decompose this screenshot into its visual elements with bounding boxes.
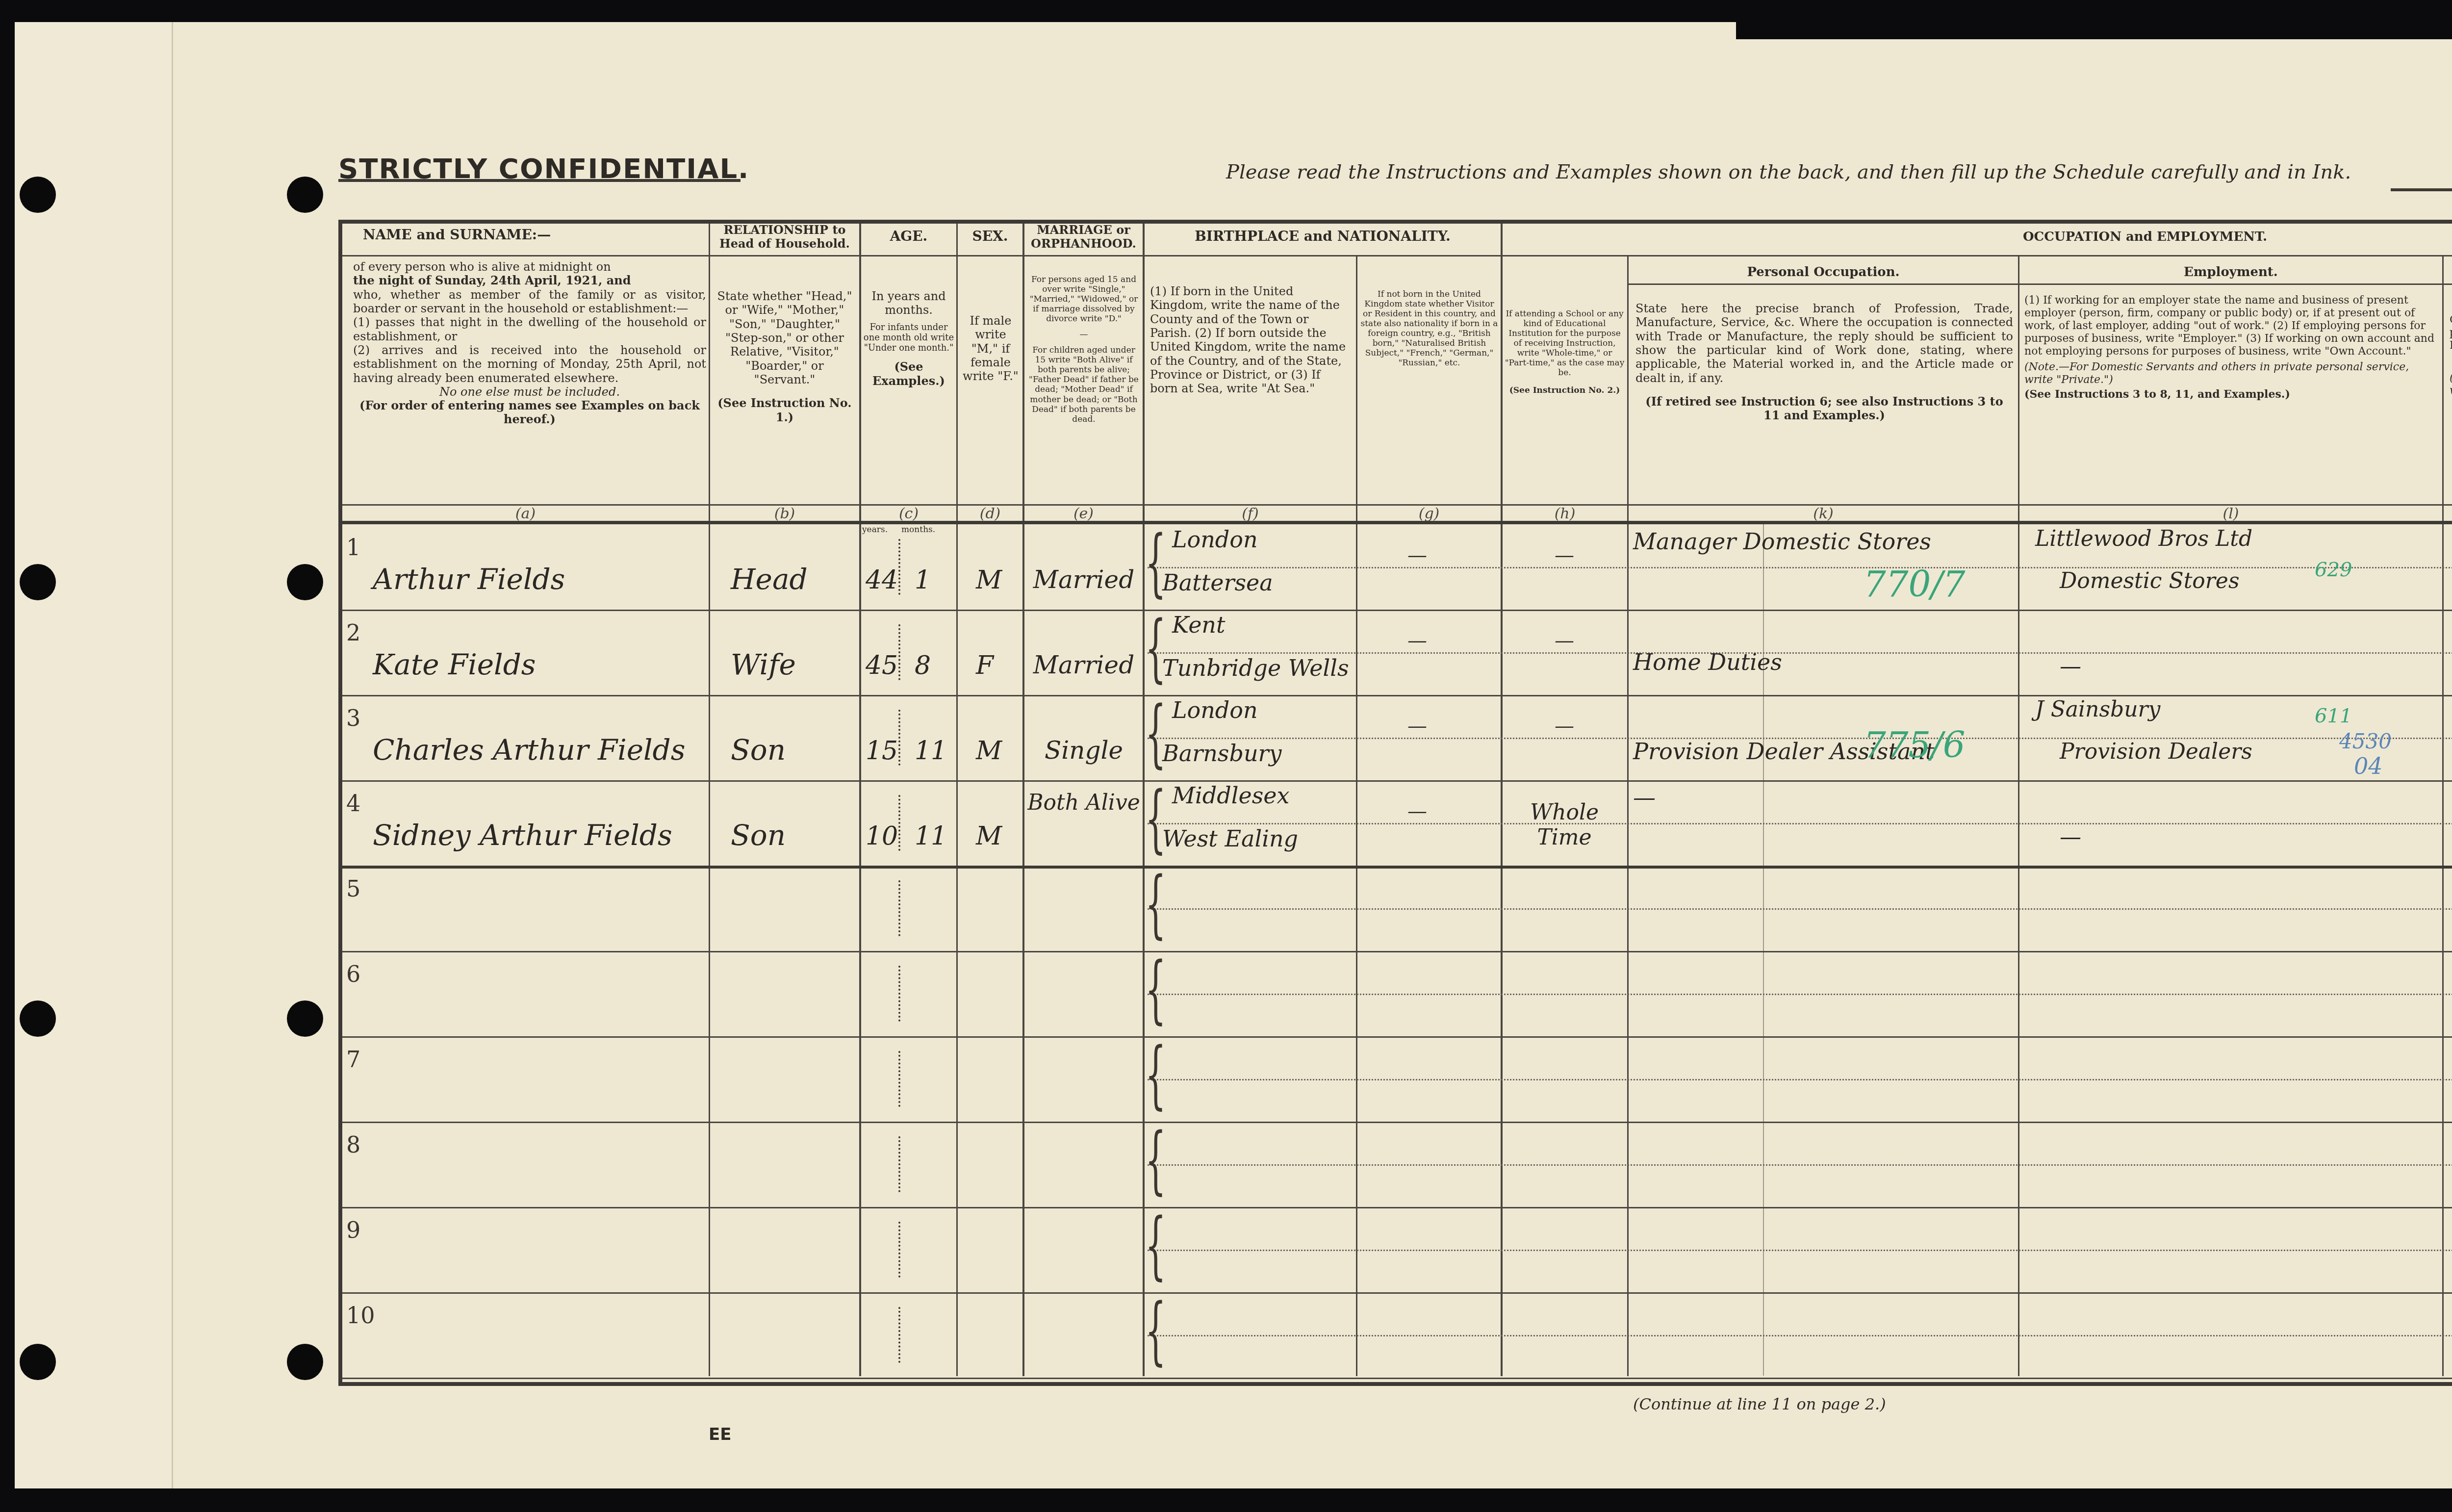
row-midline: [1148, 1164, 2452, 1166]
row-midline: [1148, 652, 2452, 654]
col-divider: [1501, 224, 1503, 1376]
personal-occupation: Manager Domestic Stores: [1633, 528, 1931, 555]
sex-value: M: [976, 821, 1002, 851]
occupation-code: 775/6: [1864, 724, 1966, 766]
person-name: Sidney Arthur Fields: [373, 819, 672, 852]
nationality-value: —: [1407, 544, 1427, 566]
brace-icon: {: [1145, 953, 1166, 1026]
header-line: [342, 255, 2452, 256]
employer-business: Domestic Stores: [2060, 568, 2239, 593]
punch-hole: [287, 564, 323, 600]
age-divider: [898, 795, 900, 851]
col-letter-g: (g): [1357, 505, 1501, 522]
birthplace-g-instructions: If not born in the United Kingdom state …: [1359, 289, 1499, 368]
col-divider: [859, 224, 861, 1376]
left-fold-flap: [15, 22, 173, 1488]
row-midline: [1148, 1335, 2452, 1336]
header-line: [1627, 283, 2452, 285]
relationship-value: Head: [731, 563, 808, 596]
birthplace-county: London: [1172, 697, 1258, 723]
nationality-value: —: [1407, 629, 1427, 652]
row-separator: [342, 695, 2452, 696]
employment-instructions: (1) If working for an employer state the…: [2024, 294, 2436, 401]
person-name: Kate Fields: [373, 648, 536, 681]
title-underline: [338, 179, 741, 182]
row-midline: [1148, 1079, 2452, 1080]
col-divider: [1143, 224, 1145, 1376]
punch-hole: [287, 177, 323, 213]
age-divider: [898, 880, 900, 936]
age-years-value: 10: [866, 821, 898, 851]
employer-name: J Sainsbury: [2035, 697, 2160, 722]
school-attendance: —: [1515, 544, 1613, 566]
school-instructions: If attending a School or any kind of Edu…: [1505, 309, 1625, 395]
row-separator: [342, 1207, 2452, 1208]
row-number: 3: [346, 705, 360, 731]
birthplace-county: London: [1172, 526, 1258, 553]
birthplace-town: Battersea: [1162, 569, 1273, 596]
row-number: 9: [346, 1217, 360, 1243]
col-letter-k: (k): [1629, 505, 2018, 522]
age-months-value: 11: [915, 821, 947, 851]
row-separator: [342, 780, 2452, 782]
punch-hole: [287, 1000, 323, 1037]
row-separator: [342, 1378, 2452, 1379]
age-months-value: 8: [915, 651, 931, 680]
form-code: EE: [709, 1425, 731, 1444]
col-header-personal-occupation: Personal Occupation.: [1629, 265, 2018, 280]
row-number: 1: [346, 534, 360, 561]
relationship-value: Wife: [731, 648, 796, 681]
age-divider: [898, 1307, 900, 1363]
personal-occupation-instructions: State here the precise branch of Profess…: [1635, 302, 2013, 423]
birthplace-town: West Ealing: [1162, 825, 1298, 852]
row-midline: [1148, 1250, 2452, 1251]
col-letter-f: (f): [1145, 505, 1356, 522]
col-letter-d: (d): [958, 505, 1022, 522]
age-divider: [898, 539, 900, 595]
row-separator: [342, 1122, 2452, 1123]
page-bottom-shadow: [15, 1488, 2452, 1512]
age-years-value: 45: [866, 651, 898, 680]
name-instructions: of every person who is alive at midnight…: [353, 260, 706, 427]
col-letter-a: (a): [342, 505, 709, 522]
row-separator: [342, 610, 2452, 611]
brace-icon: {: [1145, 1294, 1166, 1368]
marriage-value: Married: [1027, 651, 1140, 679]
relationship-value: Son: [731, 819, 786, 852]
marriage-value: Both Alive: [1027, 790, 1140, 815]
ink-underline: [2391, 188, 2452, 191]
employer-name: Littlewood Bros Ltd: [2035, 526, 2252, 551]
row-midline: [1148, 567, 2452, 568]
col-header-marriage: MARRIAGE or ORPHANHOOD.: [1024, 223, 1143, 251]
col-header-occupation: OCCUPATION and EMPLOYMENT.: [1503, 230, 2452, 245]
punch-hole: [20, 564, 56, 600]
row-separator: [342, 866, 2452, 869]
age-sub-months: months.: [901, 525, 935, 535]
birthplace-town: Tunbridge Wells: [1162, 655, 1349, 681]
col-letter-m: (m): [2444, 505, 2452, 522]
personal-occupation: —: [1633, 784, 1656, 811]
row-number: 8: [346, 1131, 360, 1158]
employer-business: —: [2060, 654, 2081, 679]
row-separator: [342, 1292, 2452, 1294]
row-number: 4: [346, 790, 360, 817]
row-midline: [1148, 994, 2452, 995]
sex-value: M: [976, 736, 1002, 766]
employer-code: 629: [2315, 559, 2352, 581]
marriage-value: Married: [1027, 565, 1140, 594]
brace-icon: {: [1145, 1038, 1166, 1112]
age-years-value: 44: [866, 565, 898, 595]
page-top-shadow: [1736, 20, 2452, 39]
row-separator: [342, 951, 2452, 952]
sex-value: M: [976, 565, 1002, 595]
punch-hole: [20, 1000, 56, 1037]
row-number: 6: [346, 961, 360, 987]
row-midline: [1148, 823, 2452, 824]
employer-business: —: [2060, 824, 2081, 849]
marriage-instructions: For persons aged 15 and over write "Sing…: [1026, 275, 1142, 424]
relationship-value: Son: [731, 733, 786, 767]
age-months-value: 11: [915, 736, 947, 766]
brace-icon: {: [1145, 1209, 1166, 1282]
sex-instructions: If male write "M," if female write "F.": [960, 314, 1021, 384]
age-divider: [898, 1222, 900, 1278]
col-letter-b: (b): [710, 505, 859, 522]
school-attendance: —: [1515, 715, 1613, 737]
birthplace-county: Kent: [1172, 612, 1225, 638]
birthplace-town: Barnsbury: [1162, 740, 1282, 767]
row-number: 10: [346, 1302, 375, 1329]
age-divider: [898, 710, 900, 766]
col-letter-c: (c): [861, 505, 956, 522]
punch-hole: [20, 177, 56, 213]
age-years-value: 15: [866, 736, 898, 766]
employer-code-blue: 4530: [2339, 729, 2392, 753]
school-attendance: Whole Time: [1515, 800, 1613, 850]
school-attendance: —: [1515, 629, 1613, 652]
personal-occupation: Home Duties: [1633, 649, 1782, 675]
birthplace-f-instructions: (1) If born in the United Kingdom, write…: [1150, 284, 1351, 396]
birthplace-county: Middlesex: [1172, 782, 1289, 809]
nationality-value: —: [1407, 715, 1427, 737]
sex-value: F: [976, 651, 994, 680]
col-header-employment: Employment.: [2019, 265, 2442, 280]
row-number: 2: [346, 619, 360, 646]
col-header-birthplace: BIRTHPLACE and NATIONALITY.: [1145, 228, 1501, 244]
col-letter-h: (h): [1503, 505, 1627, 522]
punch-hole: [20, 1344, 56, 1380]
employer-business: Provision Dealers: [2060, 739, 2252, 764]
age-divider: [898, 1051, 900, 1107]
age-divider: [898, 1136, 900, 1192]
col-divider: [956, 224, 958, 1376]
employer-code-blue-suffix: 04: [2354, 753, 2383, 779]
col-header-name: NAME and SURNAME:—: [363, 227, 551, 243]
col-letter-e: (e): [1024, 505, 1143, 522]
age-divider: [898, 624, 900, 680]
marriage-value: Single: [1027, 736, 1140, 765]
age-instructions: In years and months. For infants under o…: [863, 289, 954, 388]
place-of-work-instructions: Give the address of each person's place …: [2450, 314, 2452, 397]
col-header-age: AGE.: [861, 228, 956, 244]
age-sub-years: years.: [862, 525, 888, 535]
person-name: Arthur Fields: [373, 563, 565, 596]
col-divider: [1022, 224, 1024, 1376]
row-midline: [1148, 908, 2452, 910]
age-months-value: 1: [915, 565, 931, 595]
row-number: 5: [346, 875, 360, 902]
nationality-value: —: [1407, 800, 1427, 822]
col-header-place-of-work: Place of Work.: [2444, 265, 2452, 280]
row-separator: [342, 1036, 2452, 1038]
continue-note: (Continue at line 11 on page 2.): [1633, 1395, 1886, 1414]
age-divider: [898, 966, 900, 1022]
col-letter-l: (l): [2019, 505, 2442, 522]
person-name: Charles Arthur Fields: [373, 733, 685, 767]
col-header-sex: SEX.: [958, 228, 1022, 244]
brace-icon: {: [1145, 868, 1166, 941]
col-header-relationship: RELATIONSHIP to Head of Household.: [710, 223, 859, 251]
row-number: 7: [346, 1046, 360, 1073]
occupation-code: 770/7: [1864, 564, 1966, 605]
col-divider: [709, 224, 710, 1376]
brace-icon: {: [1145, 1124, 1166, 1197]
punch-hole: [287, 1344, 323, 1380]
relationship-instructions: State whether "Head," or "Wife," "Mother…: [714, 289, 856, 424]
employer-code: 611: [2315, 705, 2352, 727]
instruction-banner: Please read the Instructions and Example…: [1226, 161, 2351, 184]
